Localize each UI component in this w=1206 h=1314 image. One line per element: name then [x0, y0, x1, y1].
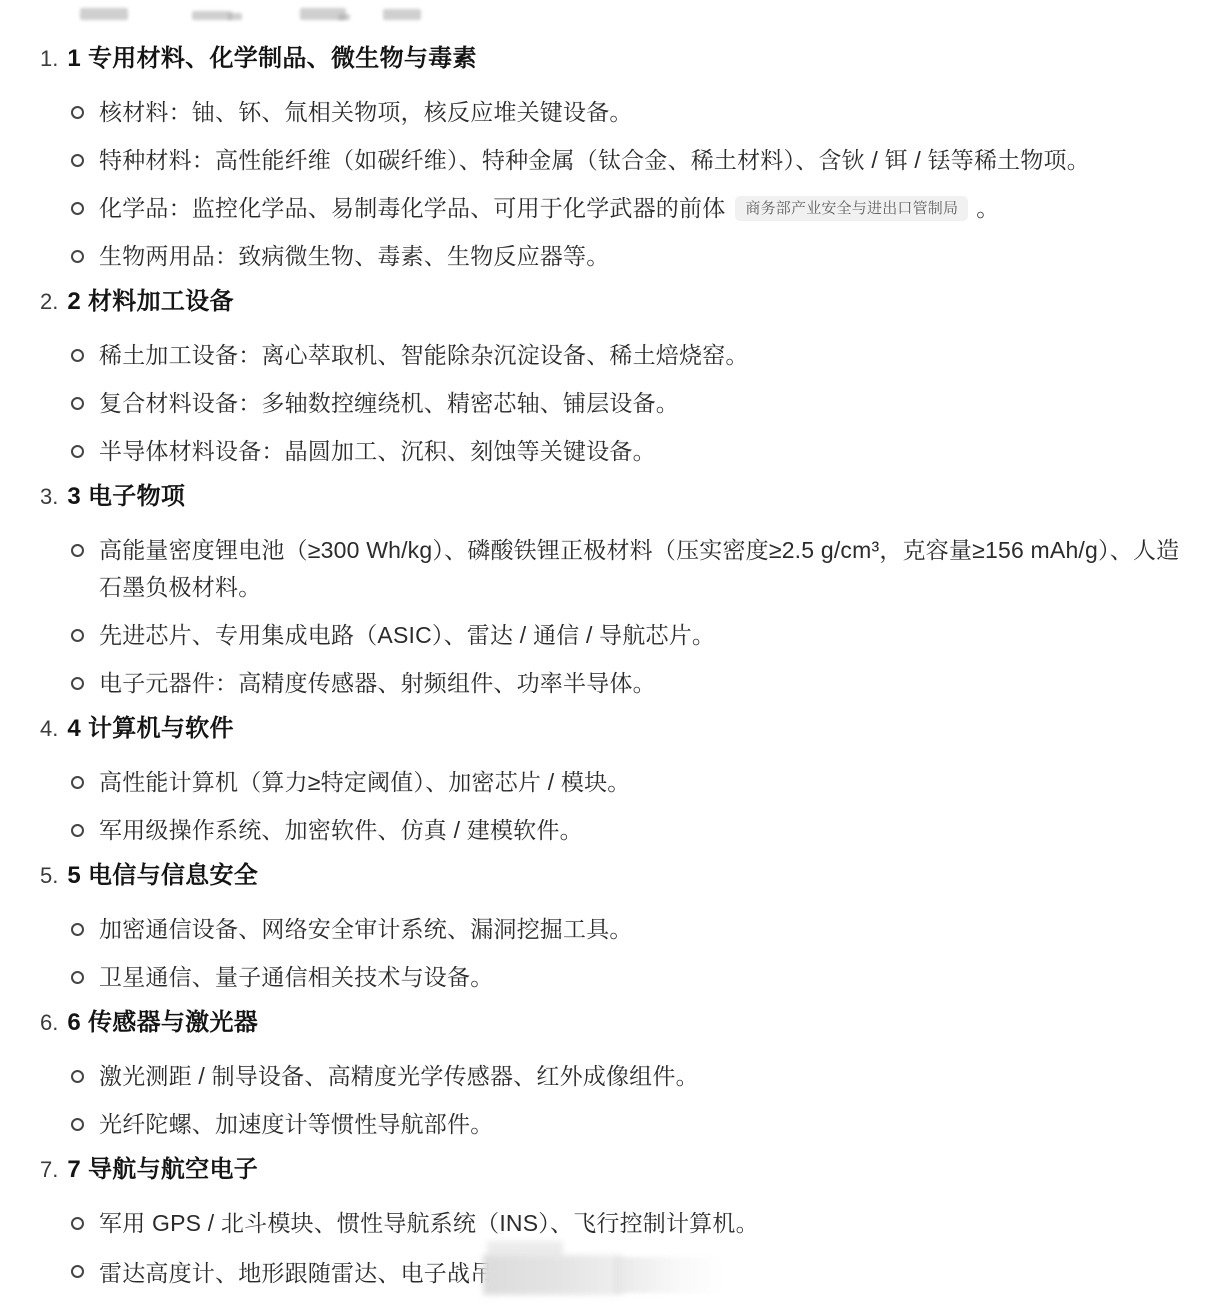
section-title: 7 导航与航空电子 [67, 1154, 258, 1185]
section-title: 5 电信与信息安全 [67, 860, 258, 891]
list-item: 特种材料：高性能纤维（如碳纤维）、特种金属（钛合金、稀土材料）、含钬 / 铒 /… [40, 142, 1190, 179]
circle-bullet-icon [71, 544, 84, 557]
list-item-text: 激光测距 / 制导设备、高精度光学传感器、红外成像组件。 [99, 1058, 699, 1095]
circle-bullet-icon [71, 250, 84, 263]
list-section-3: 3. 3 电子物项 高能量密度锂电池（≥300 Wh/kg）、磷酸铁锂正极材料（… [40, 481, 1190, 702]
circle-bullet-icon [71, 971, 84, 984]
list-item: 激光测距 / 制导设备、高精度光学传感器、红外成像组件。 [40, 1058, 1190, 1095]
circle-bullet-icon [71, 629, 84, 642]
section-title: 3 电子物项 [67, 481, 185, 512]
circle-bullet-icon [71, 824, 84, 837]
list-section-4: 4. 4 计算机与软件 高性能计算机（算力≥特定阈值）、加密芯片 / 模块。 军… [40, 713, 1190, 849]
clipped-text-remnant [383, 9, 421, 20]
section-heading: 3. 3 电子物项 [40, 481, 1190, 512]
section-number: 2. [40, 286, 58, 317]
list-item: 卫星通信、量子通信相关技术与设备。 [40, 959, 1190, 996]
section-title: 1 专用材料、化学制品、微生物与毒素 [67, 43, 476, 74]
circle-bullet-icon [71, 202, 84, 215]
list-section-5: 5. 5 电信与信息安全 加密通信设备、网络安全审计系统、漏洞挖掘工具。 卫星通… [40, 860, 1190, 996]
redaction-blur [483, 1253, 728, 1293]
list-item: 先进芯片、专用集成电路（ASIC）、雷达 / 通信 / 导航芯片。 [40, 617, 1190, 654]
list-item: 高能量密度锂电池（≥300 Wh/kg）、磷酸铁锂正极材料（压实密度≥2.5 g… [40, 532, 1190, 606]
list-section-1: 1. 1 专用材料、化学制品、微生物与毒素 核材料：铀、钚、氚相关物项，核反应堆… [40, 43, 1190, 275]
list-item-text: 雷达高度计、地形跟随雷达、电子战吊 [99, 1253, 728, 1293]
section-heading: 6. 6 传感器与激光器 [40, 1007, 1190, 1038]
circle-bullet-icon [71, 677, 84, 690]
section-heading: 5. 5 电信与信息安全 [40, 860, 1190, 891]
section-title: 6 传感器与激光器 [67, 1007, 258, 1038]
list-item: 核材料：铀、钚、氚相关物项，核反应堆关键设备。 [40, 94, 1190, 131]
section-number: 5. [40, 860, 58, 891]
circle-bullet-icon [71, 1070, 84, 1083]
clipped-text-remnant-row [0, 4, 1206, 24]
circle-bullet-icon [71, 106, 84, 119]
list-item-text: 复合材料设备：多轴数控缠绕机、精密芯轴、铺层设备。 [99, 385, 679, 422]
list-item-text-part: 化学品：监控化学品、易制毒化学品、可用于化学武器的前体 [99, 195, 725, 221]
list-item: 雷达高度计、地形跟随雷达、电子战吊 [40, 1253, 1190, 1293]
circle-bullet-icon [71, 776, 84, 789]
section-number: 3. [40, 481, 58, 512]
list-item-text: 生物两用品：致病微生物、毒素、生物反应器等。 [99, 238, 609, 275]
clipped-text-remnant [80, 8, 128, 20]
clipped-text-remnant [192, 11, 232, 20]
list-item-text: 半导体材料设备：晶圆加工、沉积、刻蚀等关键设备。 [99, 433, 656, 470]
list-section-6: 6. 6 传感器与激光器 激光测距 / 制导设备、高精度光学传感器、红外成像组件… [40, 1007, 1190, 1143]
list-item-text: 电子元器件：高精度传感器、射频组件、功率半导体。 [99, 665, 656, 702]
clipped-text-remnant [228, 13, 242, 20]
list-item-text: 先进芯片、专用集成电路（ASIC）、雷达 / 通信 / 导航芯片。 [99, 617, 715, 654]
list-section-7: 7. 7 导航与航空电子 军用 GPS / 北斗模块、惯性导航系统（INS）、飞… [40, 1154, 1190, 1293]
list-item: 光纤陀螺、加速度计等惯性导航部件。 [40, 1106, 1190, 1143]
section-title: 2 材料加工设备 [67, 286, 233, 317]
list-item: 军用级操作系统、加密软件、仿真 / 建模软件。 [40, 812, 1190, 849]
list-item-text: 特种材料：高性能纤维（如碳纤维）、特种金属（钛合金、稀土材料）、含钬 / 铒 /… [99, 142, 1090, 179]
circle-bullet-icon [71, 923, 84, 936]
section-heading: 4. 4 计算机与软件 [40, 713, 1190, 744]
list-item: 军用 GPS / 北斗模块、惯性导航系统（INS）、飞行控制计算机。 [40, 1205, 1190, 1242]
list-item-text: 军用 GPS / 北斗模块、惯性导航系统（INS）、飞行控制计算机。 [99, 1205, 759, 1242]
section-heading: 1. 1 专用材料、化学制品、微生物与毒素 [40, 43, 1190, 74]
list-item: 半导体材料设备：晶圆加工、沉积、刻蚀等关键设备。 [40, 433, 1190, 470]
list-item-text: 稀土加工设备：离心萃取机、智能除杂沉淀设备、稀土焙烧窑。 [99, 337, 749, 374]
list-item-text: 光纤陀螺、加速度计等惯性导航部件。 [99, 1106, 493, 1143]
list-item-text: 核材料：铀、钚、氚相关物项，核反应堆关键设备。 [99, 94, 633, 131]
list-item: 电子元器件：高精度传感器、射频组件、功率半导体。 [40, 665, 1190, 702]
section-number: 4. [40, 713, 58, 744]
list-item-text: 卫星通信、量子通信相关技术与设备。 [99, 959, 493, 996]
list-item-text-suffix: 。 [976, 195, 999, 221]
section-title: 4 计算机与软件 [67, 713, 233, 744]
source-badge[interactable]: 商务部产业安全与进出口管制局 [735, 196, 968, 221]
section-number: 7. [40, 1154, 58, 1185]
export-control-list: 1. 1 专用材料、化学制品、微生物与毒素 核材料：铀、钚、氚相关物项，核反应堆… [0, 0, 1206, 1293]
circle-bullet-icon [71, 445, 84, 458]
list-item: 加密通信设备、网络安全审计系统、漏洞挖掘工具。 [40, 911, 1190, 948]
circle-bullet-icon [71, 397, 84, 410]
section-number: 6. [40, 1007, 58, 1038]
circle-bullet-icon [71, 1217, 84, 1230]
list-section-2: 2. 2 材料加工设备 稀土加工设备：离心萃取机、智能除杂沉淀设备、稀土焙烧窑。… [40, 286, 1190, 470]
list-item-text: 高性能计算机（算力≥特定阈值）、加密芯片 / 模块。 [99, 764, 631, 801]
section-number: 1. [40, 43, 58, 74]
list-item: 稀土加工设备：离心萃取机、智能除杂沉淀设备、稀土焙烧窑。 [40, 337, 1190, 374]
list-item-text: 高能量密度锂电池（≥300 Wh/kg）、磷酸铁锂正极材料（压实密度≥2.5 g… [99, 532, 1190, 606]
list-item: 化学品：监控化学品、易制毒化学品、可用于化学武器的前体商务部产业安全与进出口管制… [40, 190, 1190, 227]
circle-bullet-icon [71, 1265, 84, 1278]
list-item: 生物两用品：致病微生物、毒素、生物反应器等。 [40, 238, 1190, 275]
clipped-text-remnant [338, 14, 350, 20]
list-item-text: 加密通信设备、网络安全审计系统、漏洞挖掘工具。 [99, 911, 633, 948]
list-item-text: 化学品：监控化学品、易制毒化学品、可用于化学武器的前体商务部产业安全与进出口管制… [99, 190, 999, 227]
circle-bullet-icon [71, 154, 84, 167]
circle-bullet-icon [71, 349, 84, 362]
section-heading: 2. 2 材料加工设备 [40, 286, 1190, 317]
section-heading: 7. 7 导航与航空电子 [40, 1154, 1190, 1185]
list-item: 复合材料设备：多轴数控缠绕机、精密芯轴、铺层设备。 [40, 385, 1190, 422]
list-item: 高性能计算机（算力≥特定阈值）、加密芯片 / 模块。 [40, 764, 1190, 801]
circle-bullet-icon [71, 1118, 84, 1131]
list-item-text-part: 雷达高度计、地形跟随雷达、电子战吊 [99, 1260, 493, 1286]
list-item-text: 军用级操作系统、加密软件、仿真 / 建模软件。 [99, 812, 583, 849]
